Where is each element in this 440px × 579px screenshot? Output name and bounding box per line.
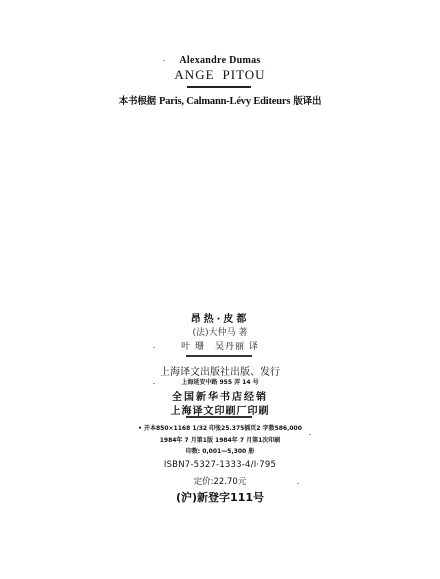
lower-divider [186,416,252,418]
title-underline-divider [187,86,251,88]
license-number: (沪)新登字111号 [0,489,440,505]
middle-divider [186,355,252,357]
print-run: 印数: 0,001—5,300 册 [0,446,440,455]
source-suffix: 版译出 [293,96,321,107]
price: 定价:22.70元 [0,475,440,487]
publisher-address: 上海延安中路 955 弄 14 号 [0,377,440,386]
translator-1: 叶 珊 [181,342,205,352]
source-publisher: Paris, Calmann-Lévy Editeurs [159,96,290,107]
scan-speck [163,60,165,61]
scan-speck [153,383,155,384]
edition-info: 1984年 7 月第1版 1984年 7 月第1次印刷 [0,435,440,444]
lower-divider-tick [198,413,199,417]
original-author: Alexandre Dumas [0,55,440,66]
scan-speck [309,434,311,435]
scan-speck [297,483,299,484]
printer: 上海译文印刷厂印刷 [0,402,440,417]
translators: 叶 珊吴丹丽 译 [0,339,440,352]
source-edition-note: 本书根据 Paris, Calmann-Lévy Editeurs 版译出 [0,93,440,107]
chinese-title: 昂热·皮都 [0,310,440,325]
original-title-part2: PITOU [223,67,266,82]
chinese-author: (法)大仲马 著 [0,325,440,338]
publisher: 上海译文出版社出版、发行 [0,363,440,378]
original-title-part1: ANGE [174,67,214,82]
isbn: ISBN7-5327-1333-4/I·795 [0,460,440,470]
scan-speck [153,347,155,348]
source-prefix: 本书根据 [119,96,156,107]
translator-2: 吴丹丽 译 [215,342,259,352]
scan-speck [145,104,153,105]
distributor: 全国新华书店经销 [0,388,440,403]
original-title: ANGEPITOU [0,67,440,83]
format-specs: • 开本850×1168 1/32 印张25.375插页2 字数586,000 [0,423,440,432]
